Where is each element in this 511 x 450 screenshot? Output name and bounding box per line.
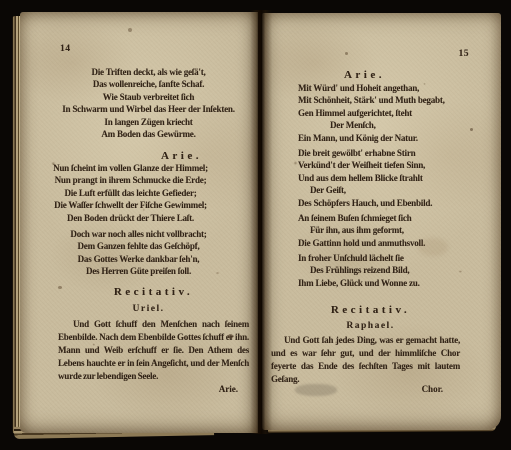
- verse-stanza: Die breit gewölbt' erhabne Stirn Verkünd…: [298, 147, 483, 209]
- verse-line: In froher Unſchuld lächelt ſie: [298, 252, 483, 264]
- verse-stanza: Doch war noch alles nicht vollbracht; De…: [40, 228, 237, 278]
- verse-line: Am Boden das Gewürme.: [50, 128, 247, 140]
- verse-line: In Schwarm und Wirbel das Heer der Inſek…: [50, 103, 247, 115]
- verse-line: Das Gottes Werke dankbar ſeh'n,: [40, 253, 237, 265]
- catchword: Arie.: [219, 384, 238, 394]
- prose-paragraph: Und Gott ſah jedes Ding, was er gemacht …: [271, 334, 460, 386]
- verse-line: In langen Zügen kriecht: [50, 116, 247, 128]
- verse-stanza: An ſeinem Buſen ſchmieget ſich Für ihn, …: [298, 212, 483, 249]
- aria-heading: Arie.: [271, 69, 458, 81]
- recitativ-heading: Recitativ.: [277, 304, 464, 316]
- verse-line: Doch war noch alles nicht vollbracht;: [40, 228, 237, 240]
- verse-stanza: Nun ſcheint im vollen Glanze der Himmel;…: [32, 162, 229, 224]
- verse-line: Die Gattinn hold und anmuthsvoll.: [298, 237, 483, 249]
- verse-line: Die Luft erfüllt das leichte Gefieder;: [32, 187, 229, 199]
- speaker-name: Uriel.: [50, 304, 247, 314]
- verse-line: Wie Staub verbreitet ſich: [50, 91, 247, 103]
- speaker-name: Raphael.: [277, 321, 464, 331]
- right-page: 15 Arie. Mit Würd' und Hoheit angethan, …: [262, 13, 501, 430]
- verse-line: Für ihn, aus ihm geformt,: [310, 224, 483, 236]
- verse-line: Die breit gewölbt' erhabne Stirn: [298, 147, 483, 159]
- book-photo: 14 Die Triften deckt, als wie geſä't, Da…: [0, 0, 511, 450]
- verse-line: Das wollenreiche, ſanfte Schaf.: [50, 78, 247, 90]
- verse-line: Nun prangt in ihrem Schmucke die Erde;: [32, 174, 229, 186]
- verse-line: Des Frühlings reizend Bild,: [310, 264, 483, 276]
- verse-line: Den Boden drückt der Thiere Laſt.: [32, 212, 229, 224]
- verse-line: Gen Himmel aufgerichtet, ſteht: [298, 107, 483, 119]
- verse-line: Die Triften deckt, als wie geſä't,: [50, 66, 247, 78]
- verse-line: Des Herren Güte preiſen ſoll.: [40, 265, 237, 277]
- page-number: 15: [459, 49, 470, 59]
- verse-line: Mit Schönheit, Stärk' und Muth begabt,: [298, 94, 483, 106]
- verse-line: Verkünd't der Weiſheit tiefen Sinn,: [298, 159, 483, 171]
- verse-line: Nun ſcheint im vollen Glanze der Himmel;: [32, 162, 229, 174]
- recitativ-heading: Recitativ.: [55, 286, 252, 298]
- verse-line: Mit Würd' und Hoheit angethan,: [298, 82, 483, 94]
- verse-stanza: Die Triften deckt, als wie geſä't, Das w…: [50, 66, 247, 140]
- prose-paragraph: Und Gott ſchuff den Menſchen nach ſeinem…: [58, 318, 249, 383]
- page-number: 14: [60, 44, 71, 54]
- verse-line: Ihm Liebe, Glück und Wonne zu.: [298, 277, 483, 289]
- verse-line: Der Menſch,: [330, 119, 483, 131]
- verse-line: Der Geiſt,: [310, 184, 483, 196]
- verse-line: An ſeinem Buſen ſchmieget ſich: [298, 212, 483, 224]
- verse-line: Dem Ganzen fehlte das Geſchöpf,: [40, 240, 237, 252]
- verse-line: Des Schöpfers Hauch, und Ebenbild.: [298, 197, 483, 209]
- verse-line: Und aus dem hellem Blicke ſtrahlt: [298, 172, 483, 184]
- verse-stanza: In froher Unſchuld lächelt ſie Des Frühl…: [298, 252, 483, 289]
- verse-line: Die Waſſer ſchwellt der Fiſche Gewimmel;: [32, 199, 229, 211]
- verse-stanza: Mit Würd' und Hoheit angethan, Mit Schön…: [298, 82, 483, 144]
- verse-line: Ein Mann, und König der Natur.: [298, 132, 483, 144]
- left-page: 14 Die Triften deckt, als wie geſä't, Da…: [20, 12, 258, 433]
- catchword: Chor.: [422, 384, 443, 394]
- book-gutter: [250, 10, 272, 434]
